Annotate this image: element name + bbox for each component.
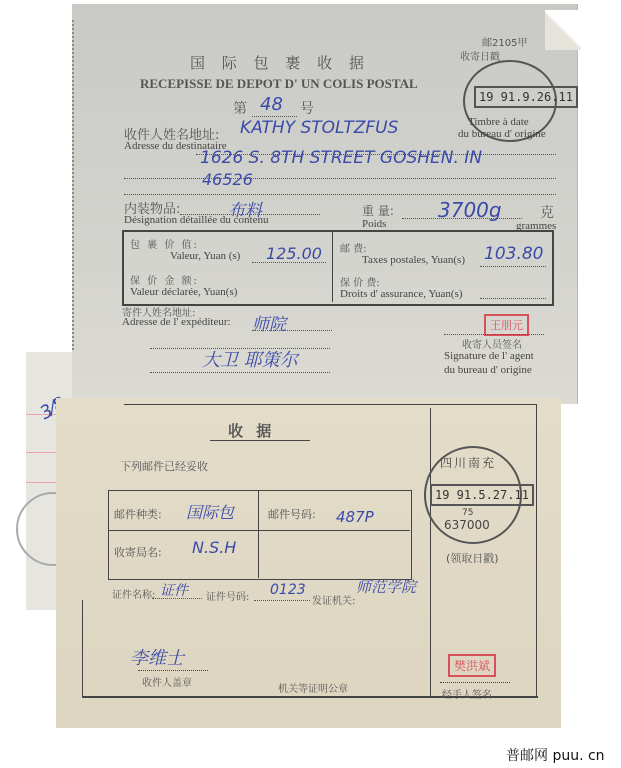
title-underline bbox=[210, 440, 310, 441]
pickup-postmark-sub: 75 bbox=[462, 508, 473, 518]
recipient-address-line: 1626 S. 8TH STREET GOSHEN. IN bbox=[200, 148, 482, 168]
mail-number-label: 邮件号码: bbox=[268, 506, 316, 522]
postmark-top-label: 收寄日戳 bbox=[460, 48, 500, 63]
id-name-label: 证件名称: bbox=[112, 586, 155, 601]
postage-line bbox=[480, 266, 546, 267]
bottom-top-rule bbox=[124, 404, 536, 405]
insurance-label-fr: Droits d' assurance, Yuan(s) bbox=[340, 288, 463, 300]
insurance-line bbox=[480, 298, 546, 299]
origin-office-label: 收寄局名: bbox=[114, 544, 162, 560]
id-number-label: 证件号码: bbox=[206, 588, 249, 603]
recipient-name: KATHY STOLTZFUS bbox=[240, 118, 398, 138]
sender-line bbox=[252, 330, 332, 331]
insurance-label-cn: 保 价 费: bbox=[340, 274, 380, 289]
parcel-value-label-fr: Valeur, Yuan (s) bbox=[170, 250, 240, 262]
id-name-value: 证件 bbox=[160, 580, 188, 600]
postage-value: 103.80 bbox=[484, 244, 543, 264]
weight-label-fr: Poids bbox=[362, 218, 386, 230]
agent-signature-line bbox=[444, 334, 544, 335]
postage-label-cn: 邮 费: bbox=[340, 240, 367, 255]
perforation-line bbox=[72, 20, 76, 350]
contents-value: 布料 bbox=[228, 196, 262, 221]
recipient-seal-label: 收件人盖章 bbox=[142, 674, 192, 689]
weight-label-cn: 重 量: bbox=[362, 202, 394, 219]
id-number-line bbox=[254, 600, 310, 601]
mail-type-label: 邮件种类: bbox=[114, 506, 162, 522]
postmark-caption-1: Timbre à date bbox=[468, 116, 529, 128]
table-row-divider bbox=[108, 530, 410, 531]
form-code: 邮2105甲 bbox=[482, 34, 527, 49]
agent-label-fr-1: Signature de l' agent bbox=[444, 350, 534, 362]
number-line bbox=[252, 116, 297, 117]
sender-line-1: 师院 bbox=[252, 310, 286, 335]
origin-postmark-date: 19 91.9.26.11 bbox=[474, 86, 578, 108]
recipient-line bbox=[124, 194, 556, 195]
declared-value-label-cn: 保 价 金 额: bbox=[130, 272, 199, 287]
sender-line-2: 大卫 耶策尔 bbox=[202, 346, 298, 372]
pickup-postmark-date: 19 91.5.27.11 bbox=[430, 484, 534, 506]
receipt-number: 48 bbox=[260, 94, 283, 115]
origin-office-value: N.S.H bbox=[192, 538, 236, 557]
id-number-value: 0123 bbox=[270, 582, 306, 598]
mail-number-value: 487P bbox=[336, 508, 374, 526]
title-french: RECEPISSE DE DEPOT D' UN COLIS POSTAL bbox=[140, 76, 418, 92]
contents-line bbox=[180, 214, 320, 215]
recipient-seal-line bbox=[138, 670, 208, 671]
recipient-signature: 李维士 bbox=[130, 644, 184, 670]
clerk-label: 经手人签名 bbox=[442, 686, 492, 701]
weight-line bbox=[402, 218, 522, 219]
title-chinese: 国 际 包 裹 收 据 bbox=[190, 52, 370, 73]
site-watermark: 普邮网 puu. cn bbox=[506, 745, 605, 765]
bottom-divider bbox=[430, 408, 431, 698]
postage-label-fr: Taxes postales, Yuan(s) bbox=[362, 254, 465, 266]
intro-text: 下列邮件已经妥收 bbox=[120, 458, 208, 474]
number-suffix: 号 bbox=[300, 98, 314, 118]
parcel-value: 125.00 bbox=[266, 244, 322, 263]
bottom-left-rule bbox=[82, 600, 83, 696]
agent-seal: 王朋元 bbox=[484, 314, 529, 336]
agent-label-fr-2: du bureau d' origine bbox=[444, 364, 532, 376]
mail-type-value: 国际包 bbox=[186, 500, 234, 523]
declared-value-label-fr: Valeur déclarée, Yuan(s) bbox=[130, 286, 237, 298]
sender-label-fr: Adresse de l' expéditeur: bbox=[122, 316, 231, 328]
clerk-seal: 樊洪斌 bbox=[448, 654, 496, 677]
recipient-zip: 46526 bbox=[202, 170, 253, 189]
org-seal-label: 机关等证明公章 bbox=[278, 680, 348, 695]
bottom-title: 收 据 bbox=[228, 420, 275, 441]
issuer-value: 师范学院 bbox=[356, 576, 416, 597]
clerk-seal-line bbox=[440, 682, 510, 683]
issuer-label: 发证机关: bbox=[312, 592, 355, 607]
mail-info-table bbox=[108, 490, 412, 580]
sender-line bbox=[150, 372, 330, 373]
bottom-right-rule bbox=[536, 404, 537, 698]
table-col-divider bbox=[258, 490, 259, 578]
parcel-value-label-cn: 包 裹 价 值: bbox=[130, 236, 199, 251]
weight-unit-cn: 克 bbox=[540, 202, 554, 222]
value-box-divider bbox=[332, 232, 333, 302]
recipient-line bbox=[124, 178, 556, 179]
pickup-postmark-caption: (领取日戳) bbox=[446, 550, 499, 566]
postmark-caption-2: du bureau d' origine bbox=[458, 128, 546, 140]
pickup-postmark-place: 四川南充 bbox=[440, 454, 496, 471]
pickup-postmark-code: 637000 bbox=[444, 518, 490, 532]
number-prefix: 第 bbox=[233, 98, 247, 118]
agent-label-cn: 收寄人员签名 bbox=[462, 336, 522, 351]
